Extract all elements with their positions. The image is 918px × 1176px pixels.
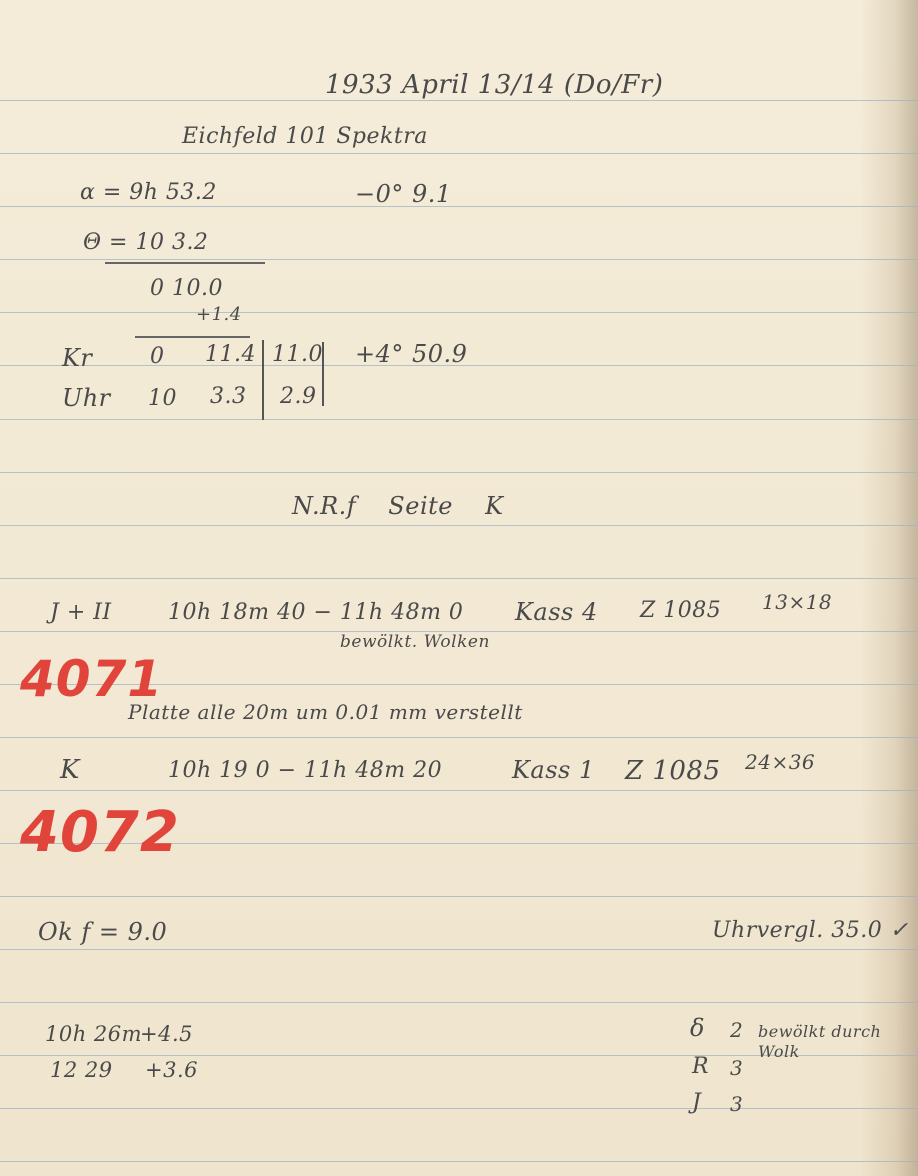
- dec-result: +4° 50.9: [355, 340, 467, 368]
- reading-time-2: 12 29: [50, 1058, 113, 1082]
- plate-number-4072: 4072: [20, 800, 180, 865]
- reading-value-1: +4.5: [140, 1022, 193, 1046]
- section-title: N.R.f Seite K: [292, 492, 504, 520]
- clock-comparison: Uhrvergl. 35.0 ✓: [712, 918, 909, 943]
- correction-underline: [135, 336, 250, 338]
- ruling-line: [0, 472, 918, 473]
- sum-underline: [105, 262, 265, 264]
- seeing-value-2: 3: [730, 1056, 743, 1080]
- reading-value-2: +3.6: [145, 1058, 198, 1082]
- seeing-symbol-1: δ: [690, 1014, 705, 1042]
- theta-value: Θ = 10 3.2: [83, 230, 208, 255]
- ruling-line: [0, 896, 918, 897]
- seeing-value-1: 2: [730, 1018, 743, 1042]
- uhr-minutes: 3.3: [210, 384, 247, 409]
- kr-minutes: 11.4: [205, 342, 256, 367]
- uhr-hours: 10: [148, 386, 177, 411]
- ruling-line: [0, 153, 918, 154]
- date-heading: 1933 April 13/14 (Do/Fr): [325, 70, 663, 100]
- notebook-page: 1933 April 13/14 (Do/Fr) Eichfeld 101 Sp…: [0, 0, 918, 1176]
- uhr-alt: 2.9: [280, 384, 317, 409]
- ruling-line: [0, 259, 918, 260]
- plate-size-1: 13×18: [762, 590, 832, 614]
- instrument-1: J + II: [50, 600, 112, 625]
- plate-type-1: Z 1085: [640, 598, 721, 623]
- subtitle: Eichfeld 101 Spektra: [182, 124, 428, 149]
- column-divider: [262, 340, 264, 420]
- cassette-1: Kass 4: [515, 598, 598, 626]
- ruling-line: [0, 578, 918, 579]
- ruling-line: [0, 312, 918, 313]
- ruling-line: [0, 206, 918, 207]
- time-range-1: 10h 18m 40 − 11h 48m 0: [168, 600, 463, 625]
- kr-alt: 11.0: [272, 342, 323, 367]
- plate-size-2: 24×36: [745, 750, 815, 774]
- ruling-line: [0, 790, 918, 791]
- uhr-label: Uhr: [62, 384, 111, 412]
- ruling-line: [0, 100, 918, 101]
- reading-time-1: 10h 26m: [45, 1022, 142, 1046]
- plate-type-2: Z 1085: [625, 756, 721, 786]
- column-divider: [322, 342, 324, 406]
- ruling-line: [0, 1108, 918, 1109]
- seeing-symbol-3: J: [692, 1090, 701, 1115]
- ruling-line: [0, 737, 918, 738]
- ruling-line: [0, 419, 918, 420]
- kr-label: Kr: [62, 344, 92, 372]
- ruling-line: [0, 1161, 918, 1162]
- ruling-line: [0, 949, 918, 950]
- note-clouds: bewölkt. Wolken: [340, 632, 490, 652]
- kr-hours: 0: [150, 344, 165, 369]
- ok-focus-line: Ok f = 9.0: [38, 918, 167, 946]
- cassette-2: Kass 1: [512, 756, 595, 784]
- plate-note: Platte alle 20m um 0.01 mm verstellt: [128, 700, 523, 724]
- seeing-symbol-2: R: [692, 1054, 709, 1079]
- time-range-2: 10h 19 0 − 11h 48m 20: [168, 758, 442, 783]
- seeing-value-3: 3: [730, 1092, 743, 1116]
- ruling-line: [0, 1002, 918, 1003]
- seeing-note: bewölkt durch Wolk: [758, 1022, 908, 1062]
- declination-value: −0° 9.1: [355, 180, 452, 208]
- ruling-line: [0, 525, 918, 526]
- alpha-value: α = 9h 53.2: [80, 180, 217, 205]
- instrument-2: K: [60, 755, 80, 785]
- diff-value: 0 10.0: [150, 276, 223, 301]
- correction-value: +1.4: [196, 304, 242, 325]
